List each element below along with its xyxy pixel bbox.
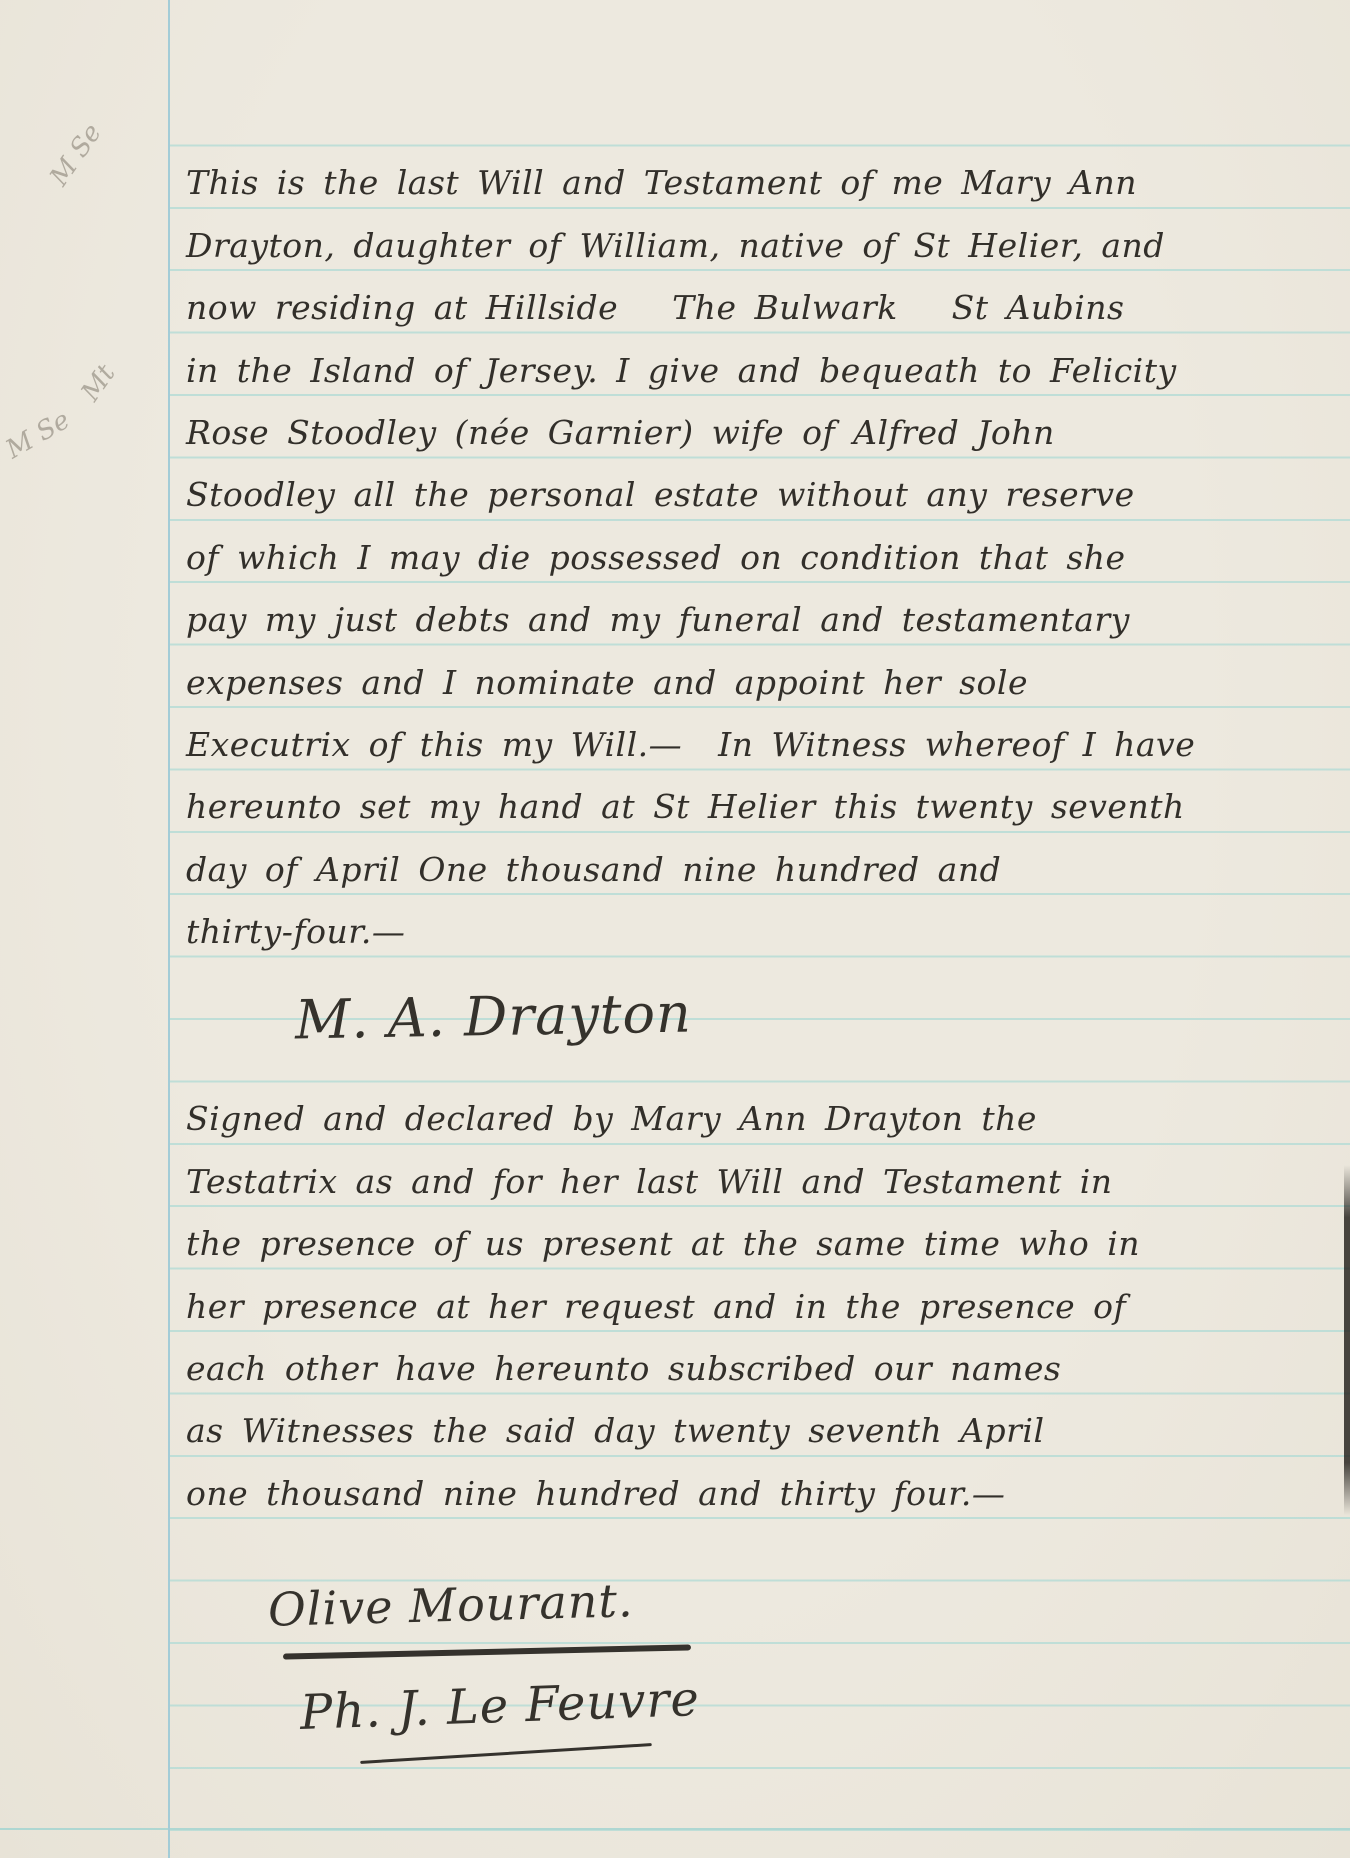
pencil-annotation: Mt (76, 359, 122, 407)
will-line: Stoodley all the personal estate without… (186, 457, 1310, 519)
pencil-annotation: M Se (1, 405, 75, 465)
will-line: of which I may die possessed on conditio… (186, 519, 1310, 581)
attestation-line: the presence of us present at the same t… (186, 1206, 1310, 1268)
will-line: pay my just debts and my funeral and tes… (186, 582, 1310, 644)
margin-rule (168, 0, 170, 1858)
will-line: Rose Stoodley (née Garnier) wife of Alfr… (186, 395, 1310, 457)
will-line: This is the last Will and Testament of m… (186, 145, 1310, 207)
witness-signature: Olive Mourant. (267, 1573, 634, 1637)
bottom-rule (0, 1828, 1350, 1830)
will-line: now residing at Hillside The Bulwark St … (186, 270, 1310, 332)
attestation-line: each other have hereunto subscribed our … (186, 1331, 1310, 1393)
will-line: expenses and I nominate and appoint her … (186, 644, 1310, 706)
will-line: Drayton, daughter of William, native of … (186, 207, 1310, 269)
attestation-line: her presence at her request and in the p… (186, 1268, 1310, 1330)
attestation-line: as Witnesses the said day twenty seventh… (186, 1393, 1310, 1455)
attestation-paragraph: Signed and declared by Mary Ann Drayton … (186, 1081, 1310, 1518)
attestation-line: Signed and declared by Mary Ann Drayton … (186, 1081, 1310, 1143)
testator-signature: M. A. Drayton (294, 982, 692, 1052)
attestation-line: one thousand nine hundred and thirty fou… (186, 1455, 1310, 1517)
scan-edge-shadow (1344, 1165, 1350, 1515)
will-line: day of April One thousand nine hundred a… (186, 831, 1310, 893)
will-body-paragraph: This is the last Will and Testament of m… (186, 145, 1310, 956)
pencil-annotation: M Se (44, 119, 108, 192)
will-line: hereunto set my hand at St Helier this t… (186, 769, 1310, 831)
scanned-will-page: M Se Mt M Se This is the last Will and T… (0, 0, 1350, 1858)
attestation-line: Testatrix as and for her last Will and T… (186, 1143, 1310, 1205)
will-line: in the Island of Jersey. I give and bequ… (186, 332, 1310, 394)
will-line: thirty-four.— (186, 894, 1310, 956)
will-line: Executrix of this my Will.— In Witness w… (186, 707, 1310, 769)
